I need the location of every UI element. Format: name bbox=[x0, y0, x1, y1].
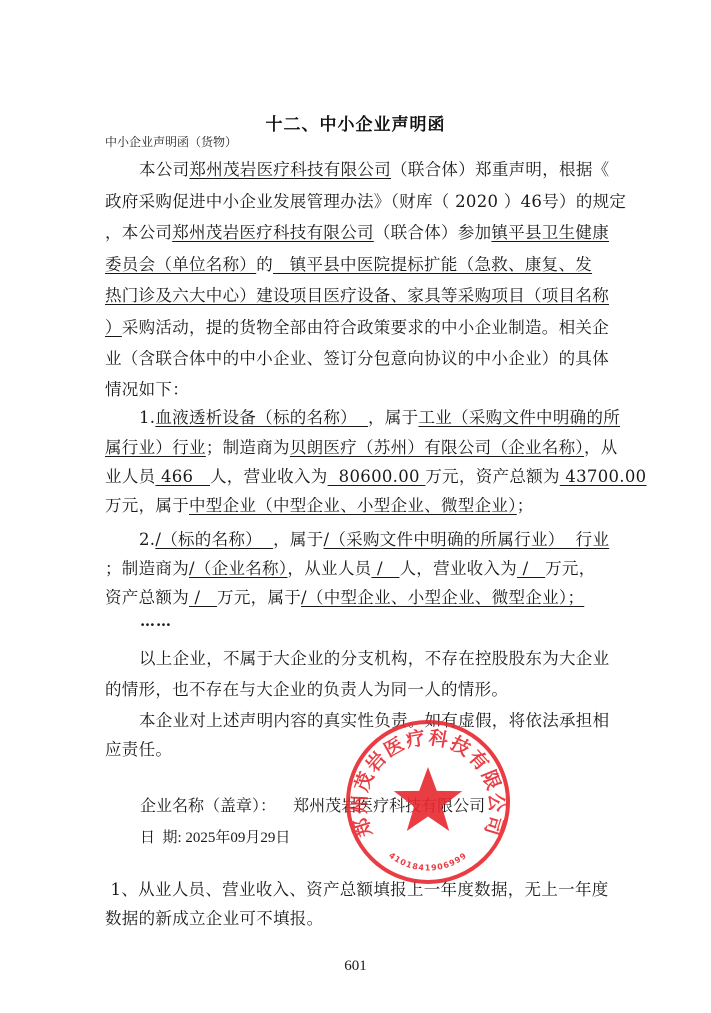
item2-line-1: 2./（标的名称） ，属于/（采购文件中明确的所属行业） 行业 bbox=[105, 526, 649, 550]
item-number: 2. bbox=[139, 530, 155, 549]
page-number: 601 bbox=[0, 958, 711, 975]
note-line-2: 数据的新成立企业可不填报。 bbox=[105, 905, 615, 929]
intro-line-8: 情况如下： bbox=[105, 376, 615, 400]
intro-line-5: 热门诊及六大中心）建设项目医疗设备、家具等采购项目（项目名称 bbox=[105, 282, 615, 306]
text: 万元，资产总额为 bbox=[425, 467, 559, 486]
text: 万元，属于 bbox=[105, 496, 189, 515]
signature-block: 企业名称（盖章）： 郑州茂岩医疗科技有限公司 bbox=[140, 793, 485, 816]
revenue-field: 80600.00 bbox=[328, 467, 426, 486]
text: ，属于 bbox=[273, 530, 323, 549]
text: （联合体）郑重声明，根据《 bbox=[391, 160, 609, 179]
enterprise-size-field: 中型企业（中型企业、小型企业、微型企业） bbox=[189, 496, 517, 515]
text: （联合体）参加 bbox=[374, 223, 492, 242]
text: 本公司 bbox=[139, 160, 189, 179]
item1-line-1: 1.血液透析设备（标的名称） ，属于工业（采购文件中明确的所 bbox=[105, 404, 649, 428]
form-subtitle: 中小企业声明函（货物） bbox=[105, 133, 237, 150]
industry-field: 工业（采购文件中明确的所 bbox=[418, 408, 620, 427]
employees-field: / bbox=[371, 559, 399, 578]
company-name-field: 郑州茂岩医疗科技有限公司 bbox=[172, 223, 374, 242]
manufacturer-field: /（企业名称） bbox=[189, 559, 287, 578]
text: 采购活动，提的货物全部由符合政策要求的中小企业制造。相关企 bbox=[122, 318, 609, 337]
intro-line-6: ）采购活动，提的货物全部由符合政策要求的中小企业制造。相关企 bbox=[105, 314, 615, 338]
revenue-field: / bbox=[517, 559, 545, 578]
manufacturer-field: 贝朗医疗（苏州）有限公司（企业名称） bbox=[290, 438, 584, 457]
text: 万元，属于 bbox=[217, 588, 301, 607]
item-number: 1. bbox=[139, 408, 155, 427]
statement-line-1: 以上企业，不属于大企业的分支机构，不存在控股股东为大企业 bbox=[105, 645, 649, 669]
project-name-field: 镇平县中医院提标扩能（急救、康复、发 bbox=[273, 255, 592, 274]
date-value: 2025年09月29日 bbox=[185, 830, 290, 846]
date-block: 日 期: 2025年09月29日 bbox=[140, 826, 290, 847]
text: ，从业人员 bbox=[287, 559, 371, 578]
text: 资产总额为 bbox=[105, 588, 189, 607]
text: ，属于 bbox=[368, 408, 418, 427]
subject-field: /（标的名称） bbox=[155, 530, 273, 549]
signature-company: 郑州茂岩医疗科技有限公司 bbox=[293, 796, 485, 815]
item1-line-4: 万元，属于中型企业（中型企业、小型企业、微型企业）； bbox=[105, 492, 615, 516]
item2-line-3: 资产总额为 / 万元，属于/（中型企业、小型企业、微型企业）； bbox=[105, 584, 615, 608]
industry-field: /（采购文件中明确的所属行业） 行业 bbox=[324, 530, 610, 549]
project-name-field: 热门诊及六大中心）建设项目医疗设备、家具等采购项目（项目名称 bbox=[105, 286, 609, 305]
assets-field: / bbox=[189, 588, 217, 607]
item2-line-2: ；制造商为/（企业名称），从业人员 / 人，营业收入为 / 万元， bbox=[105, 555, 615, 579]
industry-field: 属行业）行业 bbox=[105, 438, 206, 457]
purchasing-unit-field: 镇平县卫生健康 bbox=[491, 223, 609, 242]
text: ，从 bbox=[584, 438, 618, 457]
ellipsis: …… bbox=[140, 612, 172, 630]
intro-line-7: 业（含联合体中的中小企业、签订分包意向协议的中小企业）的具体 bbox=[105, 345, 615, 369]
text: ，本公司 bbox=[105, 223, 172, 242]
page-title: 十二、中小企业声明函 bbox=[0, 110, 711, 135]
text: ；制造商为 bbox=[206, 438, 290, 457]
project-name-field: ） bbox=[105, 318, 122, 337]
item1-line-3: 业人员 466 人，营业收入为 80600.00 万元，资产总额为 43700.… bbox=[105, 463, 615, 487]
text: 的 bbox=[256, 255, 273, 274]
employees-field: 466 bbox=[155, 467, 210, 486]
intro-line-3: ，本公司郑州茂岩医疗科技有限公司（联合体）参加镇平县卫生健康 bbox=[105, 219, 615, 243]
responsibility-line-1: 本企业对上述声明内容的真实性负责。如有虚假，将依法承担相 bbox=[105, 707, 649, 731]
document-page: 十二、中小企业声明函 中小企业声明函（货物） 本公司郑州茂岩医疗科技有限公司（联… bbox=[0, 0, 711, 1013]
subject-field: 血液透析设备（标的名称） bbox=[155, 408, 368, 427]
intro-line-1: 本公司郑州茂岩医疗科技有限公司（联合体）郑重声明，根据《 bbox=[105, 156, 649, 180]
text: 人，营业收入为 bbox=[210, 467, 328, 486]
company-name-field: 郑州茂岩医疗科技有限公司 bbox=[189, 160, 391, 179]
text: ；制造商为 bbox=[105, 559, 189, 578]
text: 万元， bbox=[545, 559, 595, 578]
signature-label: 企业名称（盖章）： bbox=[140, 796, 276, 815]
item1-line-2: 属行业）行业；制造商为贝朗医疗（苏州）有限公司（企业名称），从 bbox=[105, 434, 615, 458]
purchasing-unit-field: 委员会（单位名称） bbox=[105, 255, 256, 274]
enterprise-size-field: /（中型企业、小型企业、微型企业）； bbox=[301, 588, 584, 607]
statement-line-2: 的情形，也不存在与大企业的负责人为同一人的情形。 bbox=[105, 676, 615, 700]
intro-line-4: 委员会（单位名称）的 镇平县中医院提标扩能（急救、康复、发 bbox=[105, 251, 615, 275]
seal-code: 4101841906999 bbox=[387, 851, 469, 873]
assets-field: 43700.00 bbox=[560, 467, 647, 486]
svg-text:4101841906999: 4101841906999 bbox=[387, 851, 469, 873]
date-label: 日 期: bbox=[140, 830, 182, 846]
text: 人，营业收入为 bbox=[399, 559, 517, 578]
text: ； bbox=[517, 496, 534, 515]
responsibility-line-2: 应责任。 bbox=[105, 736, 615, 760]
intro-line-2: 政府采购促进中小企业发展管理办法》（财库（ 2020 ）46号）的规定 bbox=[105, 188, 615, 212]
note-line-1: 1、从业人员、营业收入、资产总额填报上一年度数据，无上一年度 bbox=[105, 876, 615, 900]
text: 业人员 bbox=[105, 467, 155, 486]
